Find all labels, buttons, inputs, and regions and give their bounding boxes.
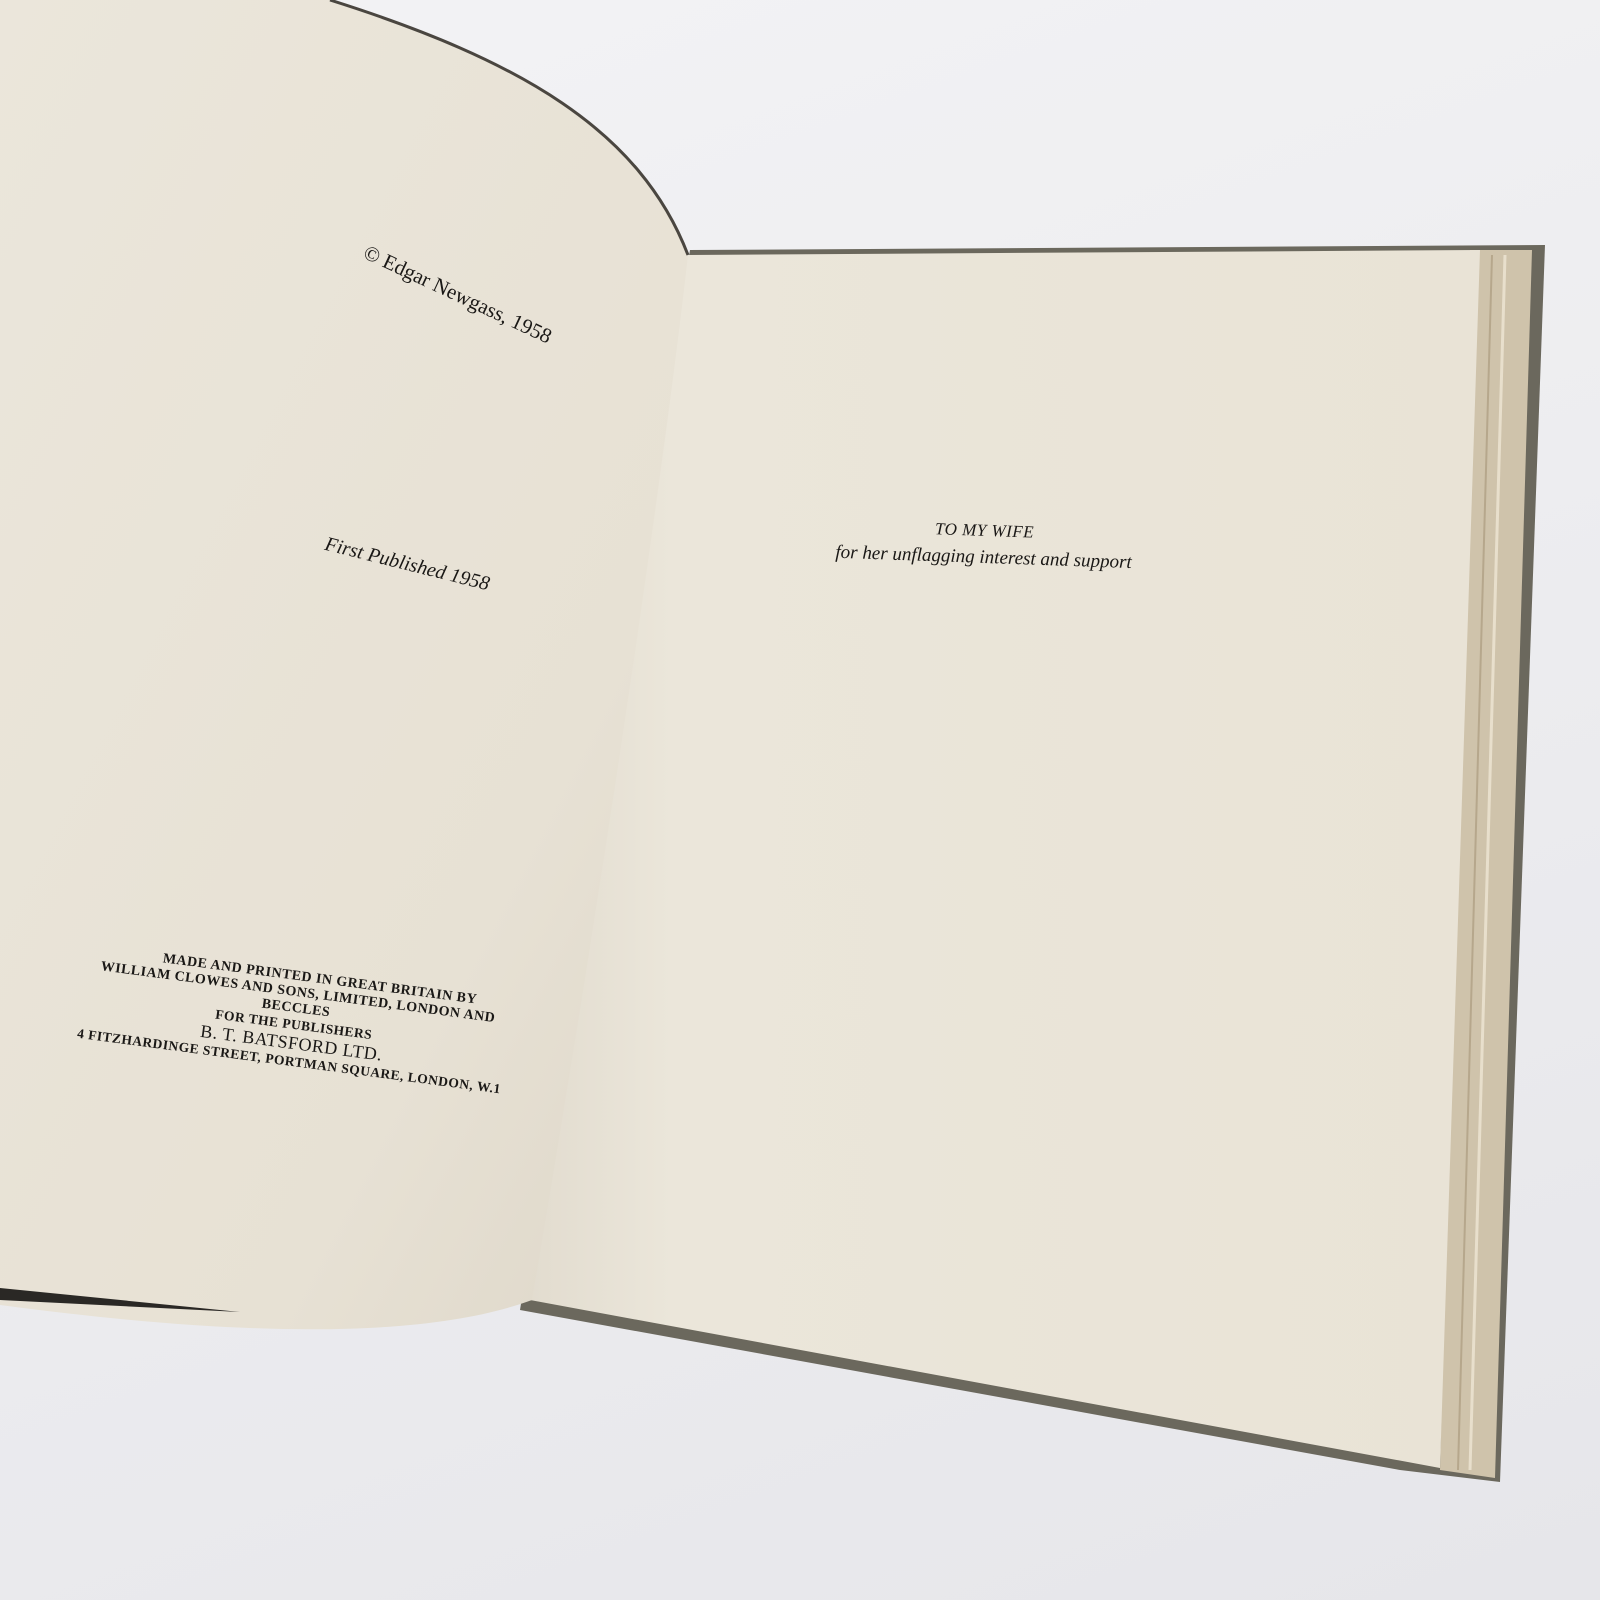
right-page [530, 250, 1480, 1468]
photo-scene: © Edgar Newgass, 1958 First Published 19… [0, 0, 1600, 1600]
open-book [0, 0, 1600, 1600]
